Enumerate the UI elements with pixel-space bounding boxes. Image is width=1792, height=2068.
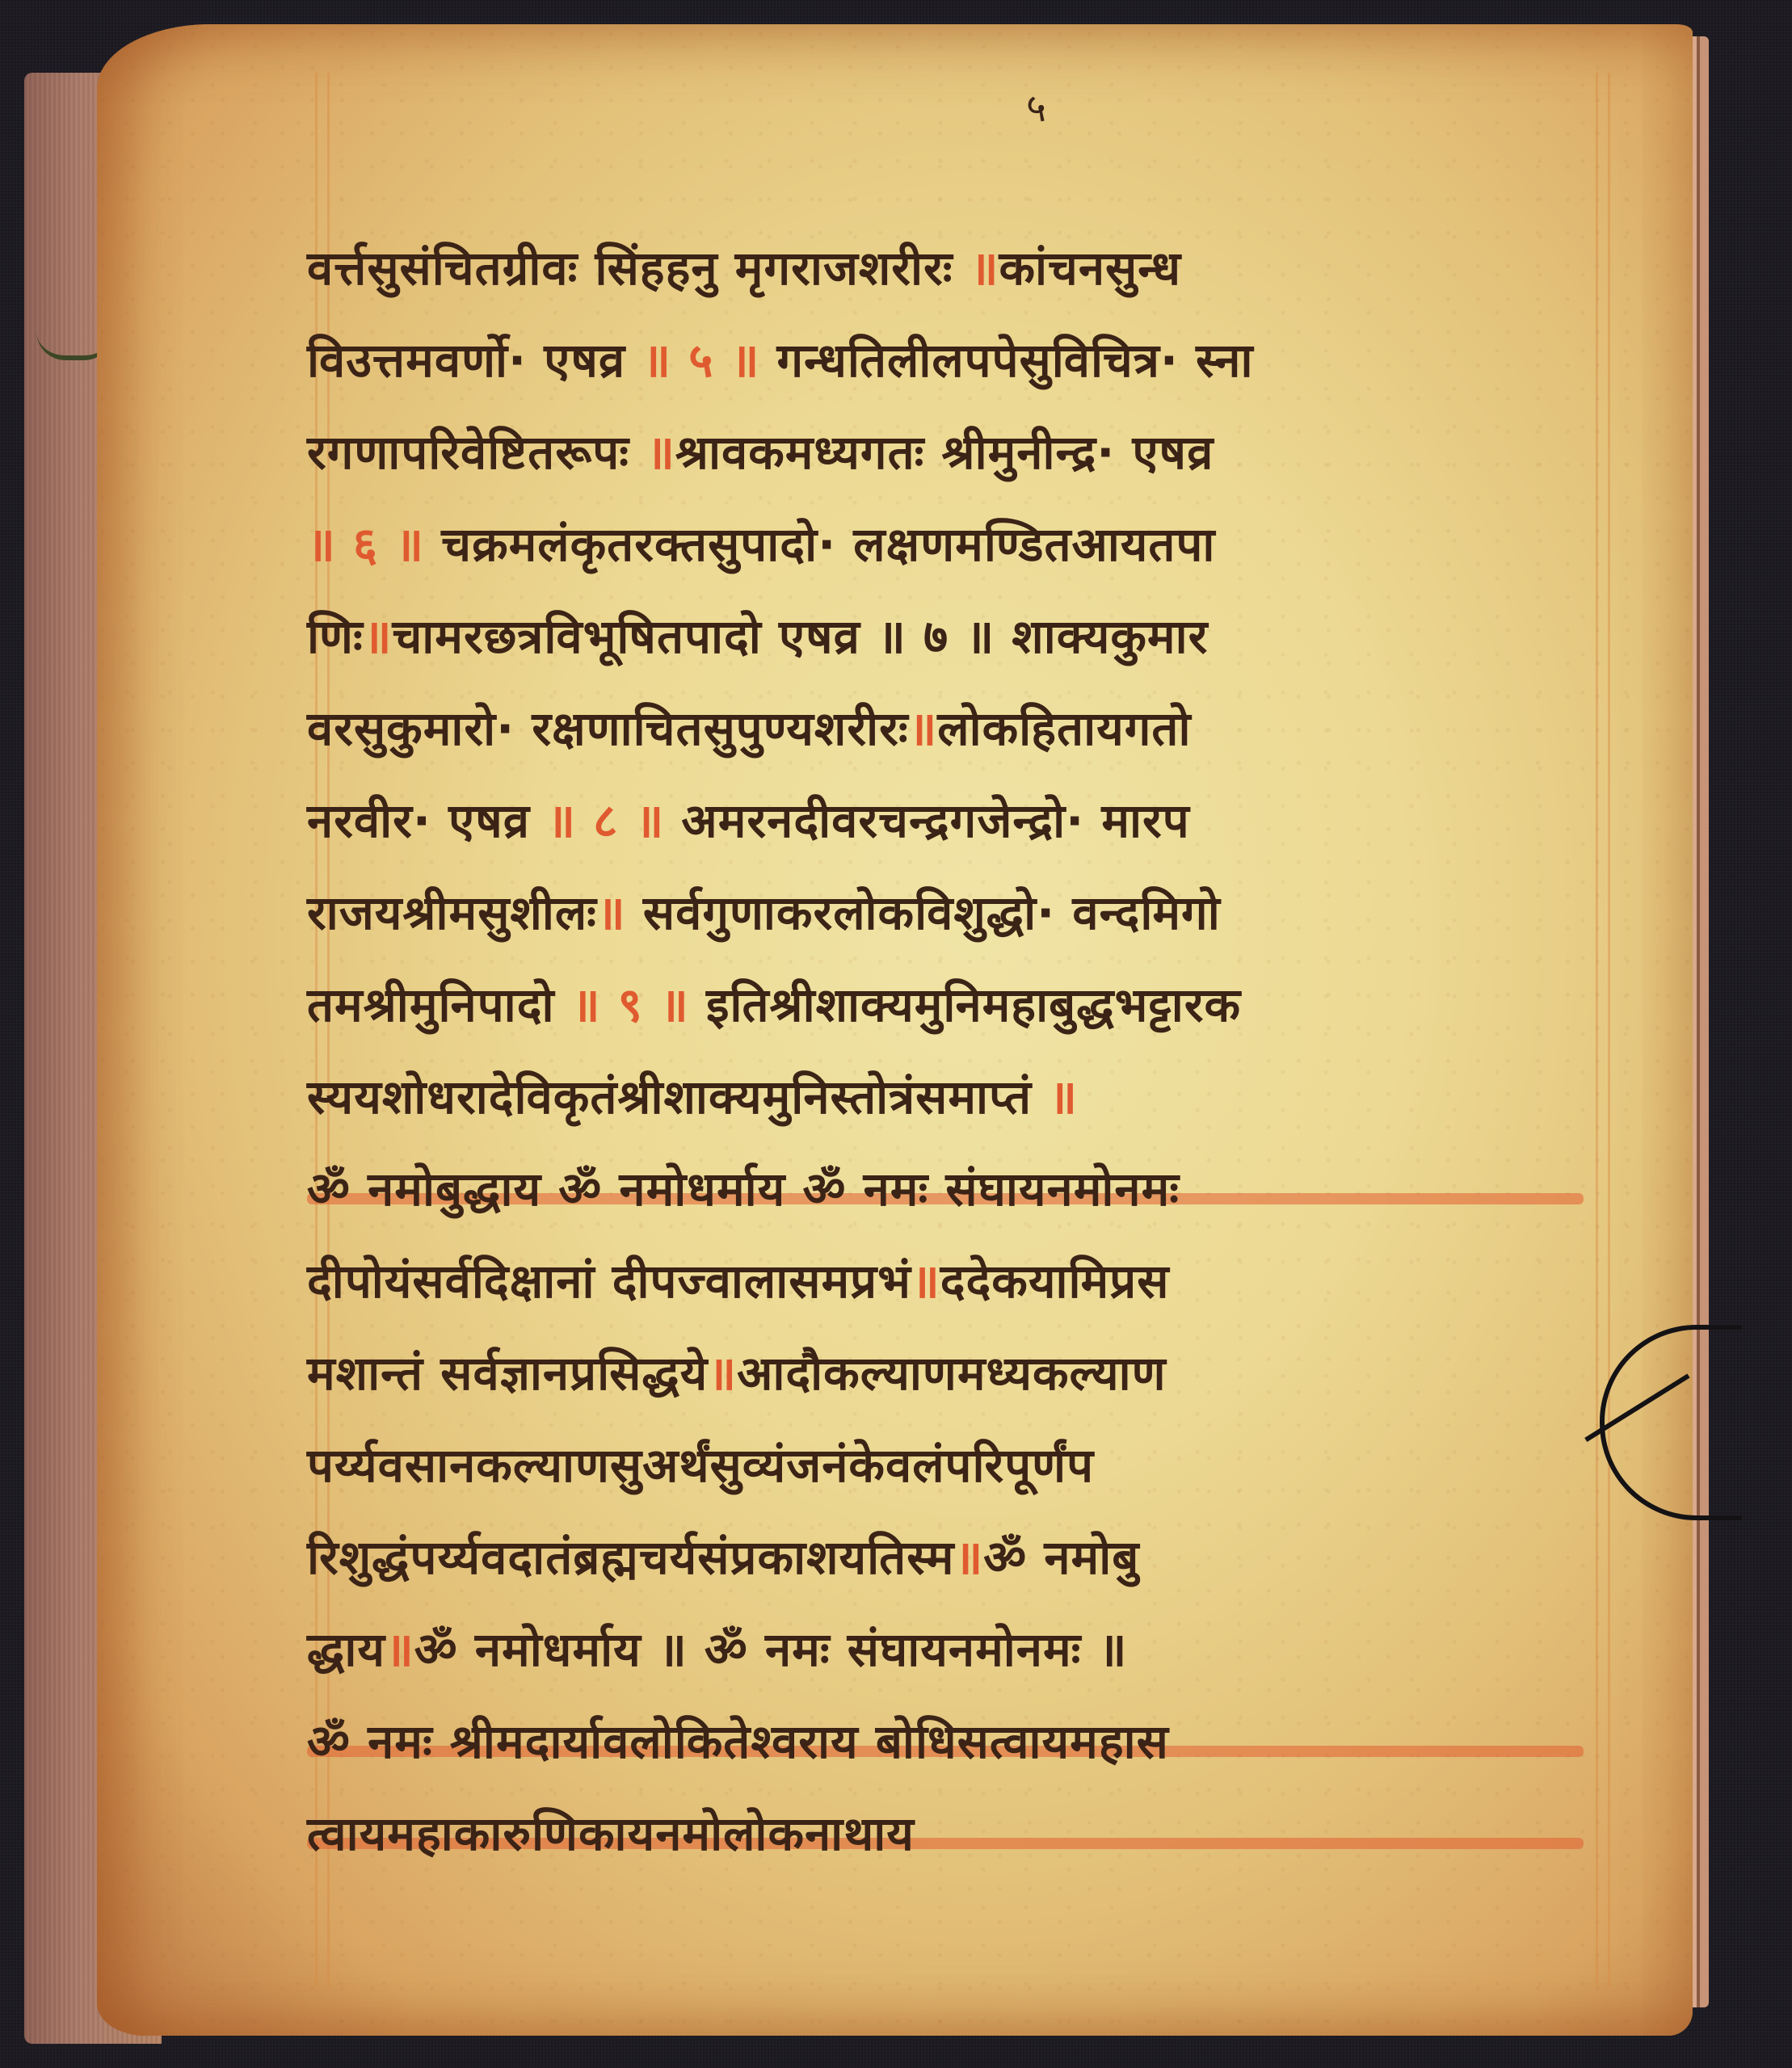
text-line-2: विउत्तमवर्णो· एषव्र ॥ ५ ॥ गन्धतिलीलपपेसु… [307, 314, 1584, 406]
text-line-6: वरसुकुमारो· रक्षणाचितसुपुण्यशरीरः॥लोकहित… [307, 683, 1584, 775]
text-line-11-rubricated: ॐ नमोबुद्धाय ॐ नमोधर्माय ॐ नमः संघायनमोन… [307, 1143, 1584, 1235]
margin-rule-right [1596, 73, 1598, 1987]
text-line-16: द्धाय॥ॐ नमोधर्माय ॥ ॐ नमः संघायनमोनमः ॥ [307, 1604, 1584, 1696]
text-line-9: तमश्रीमुनिपादो ॥ ९ ॥ इतिश्रीशाक्यमुनिमहा… [307, 959, 1584, 1051]
text-line-17-rubricated: ॐ नमः श्रीमदार्यावलोकितेश्वराय बोधिसत्वा… [307, 1696, 1584, 1788]
text-line-13: मशान्तं सर्वज्ञानप्रसिद्धये॥आदौकल्याणमध्… [307, 1327, 1584, 1419]
text-line-4: ॥ ६ ॥ चक्रमलंकृतरक्तसुपादो· लक्षणमण्डितआ… [307, 498, 1584, 591]
text-line-15: रिशुद्धंपर्य्यवदातंब्रह्मचर्यसंप्रकाशयति… [307, 1511, 1584, 1604]
text-line-5: णिः॥चामरछत्रविभूषितपादो एषव्र ॥ ७ ॥ शाक्… [307, 591, 1584, 683]
text-line-10: स्ययशोधरादेविकृतंश्रीशाक्यमुनिस्तोत्रंसम… [307, 1051, 1584, 1143]
text-block: वर्त्तसुसंचितग्रीवः सिंहहनु मृगराजशरीरः … [307, 222, 1584, 1880]
text-line-14: पर्य्यवसानकल्याणसुअर्थंसुव्यंजनंकेवलंपरि… [307, 1419, 1584, 1511]
text-line-12: दीपोयंसर्वदिक्षानां दीपज्वालासमप्रभं॥ददे… [307, 1235, 1584, 1327]
folio-number: ५ [1026, 81, 1046, 133]
text-line-1: वर्त्तसुसंचितग्रीवः सिंहहनु मृगराजशरीरः … [307, 222, 1584, 314]
text-line-7: नरवीर· एषव्र ॥ ८ ॥ अमरनदीवरचन्द्रगजेन्द्… [307, 775, 1584, 867]
text-line-3: रगणापरिवेष्टितरूपः ॥श्रावकमध्यगतः श्रीमु… [307, 406, 1584, 498]
margin-rule-right-outer [1608, 73, 1610, 1987]
text-line-8: राजयश्रीमसुशीलः॥ सर्वगुणाकरलोकविशुद्धो· … [307, 867, 1584, 959]
text-line-18-rubricated: त्वायमहाकारुणिकायनमोलोकनाथाय [307, 1788, 1584, 1880]
